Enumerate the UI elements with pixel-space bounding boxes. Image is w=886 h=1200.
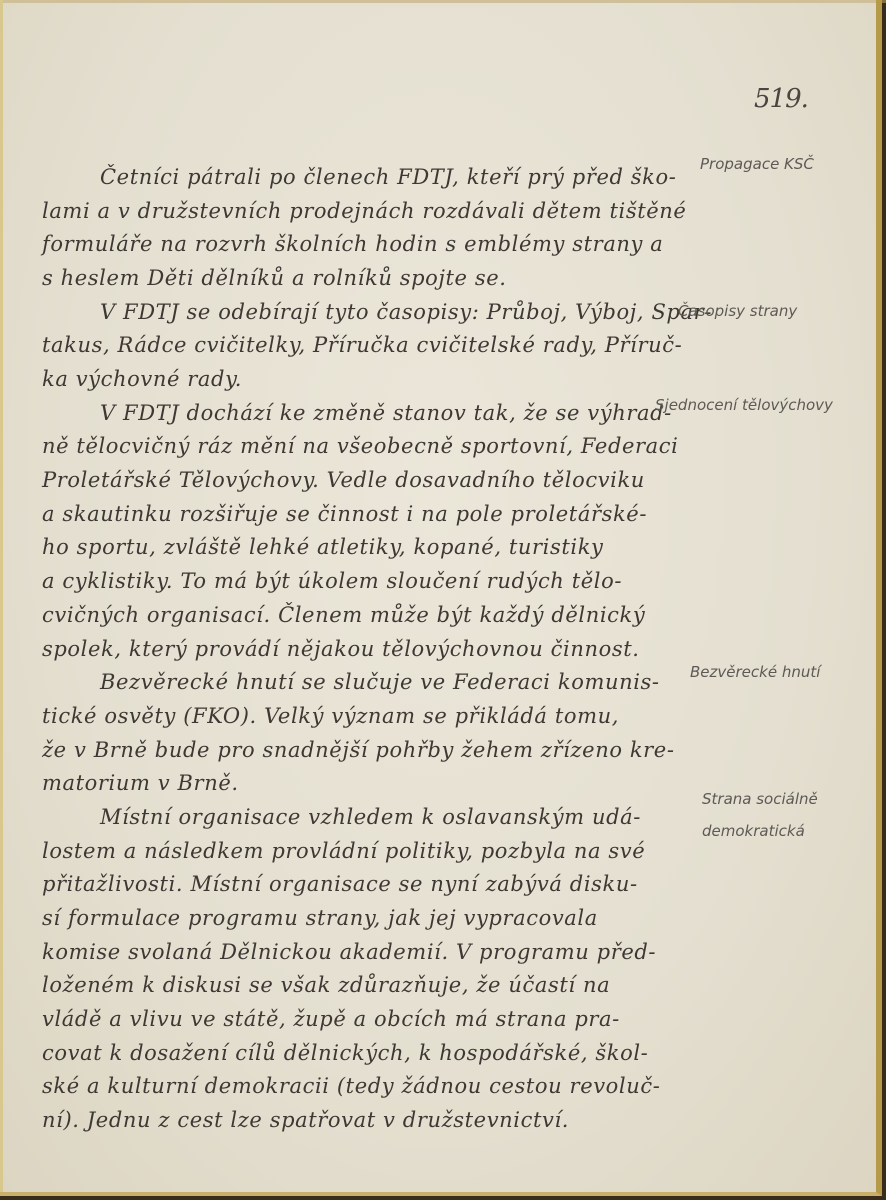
text-line: formuláře na rozvrh školních hodin s emb… xyxy=(42,232,663,256)
text-line: Proletářské Tělovýchovy. Vedle dosavadní… xyxy=(42,468,645,492)
text-line: a skautinku rozšiřuje se činnost i na po… xyxy=(42,502,647,526)
text-line: spolek, který provádí nějakou tělovýchov… xyxy=(42,637,640,661)
text-line: lami a v družstevních prodejnách rozdáva… xyxy=(42,199,686,223)
text-line: takus, Rádce cvičitelky, Příručka cvičit… xyxy=(42,333,682,357)
text-line: ka výchovné rady. xyxy=(42,367,242,391)
text-line: ho sportu, zvláště lehké atletiky, kopan… xyxy=(42,535,604,559)
text-line: ské a kulturní demokracii (tedy žádnou c… xyxy=(42,1074,660,1098)
text-line: cvičných organisací. Členem může být kaž… xyxy=(42,603,645,627)
text-line: Místní organisace vzhledem k oslavanským… xyxy=(100,805,641,829)
text-line: Bezvěrecké hnutí se slučuje ve Federaci … xyxy=(100,670,660,694)
margin-note: Sjednocení tělovýchovy xyxy=(655,396,833,414)
text-line: komise svolaná Dělnickou akademií. V pro… xyxy=(42,940,656,964)
text-line: matorium v Brně. xyxy=(42,771,239,795)
margin-note: Časopisy strany xyxy=(678,302,797,320)
text-line: V FDTJ se odebírají tyto časopisy: Průbo… xyxy=(100,300,712,324)
text-line: V FDTJ dochází ke změně stanov tak, že s… xyxy=(100,401,672,425)
text-line: vládě a vlivu ve státě, župě a obcích má… xyxy=(42,1007,620,1031)
text-line: loženém k diskusi se však zdůrazňuje, že… xyxy=(42,973,610,997)
margin-note: demokratická xyxy=(702,822,805,840)
text-line: a cyklistiky. To má být úkolem sloučení … xyxy=(42,569,622,593)
text-line: covat k dosažení cílů dělnických, k hosp… xyxy=(42,1041,648,1065)
text-line: že v Brně bude pro snadnější pohřby žehe… xyxy=(42,738,675,762)
text-line: lostem a následkem provládní politiky, p… xyxy=(42,839,645,863)
margin-note: Propagace KSČ xyxy=(700,155,814,173)
manuscript-page: 519. Četníci pátrali po členech FDTJ, kt… xyxy=(0,0,882,1196)
text-line: s heslem Děti dělníků a rolníků spojte s… xyxy=(42,266,507,290)
text-line: ní). Jednu z cest lze spatřovat v družst… xyxy=(42,1108,569,1132)
text-line: přitažlivosti. Místní organisace se nyní… xyxy=(42,872,638,896)
text-line: ně tělocvičný ráz mění na všeobecně spor… xyxy=(42,434,678,458)
text-line: tické osvěty (FKO). Velký význam se přik… xyxy=(42,704,619,728)
margin-note: Bezvěrecké hnutí xyxy=(690,663,820,681)
text-line: Četníci pátrali po členech FDTJ, kteří p… xyxy=(100,165,676,189)
page-number: 519. xyxy=(754,84,808,114)
margin-note: Strana sociálně xyxy=(702,790,818,808)
text-line: sí formulace programu strany, jak jej vy… xyxy=(42,906,598,930)
